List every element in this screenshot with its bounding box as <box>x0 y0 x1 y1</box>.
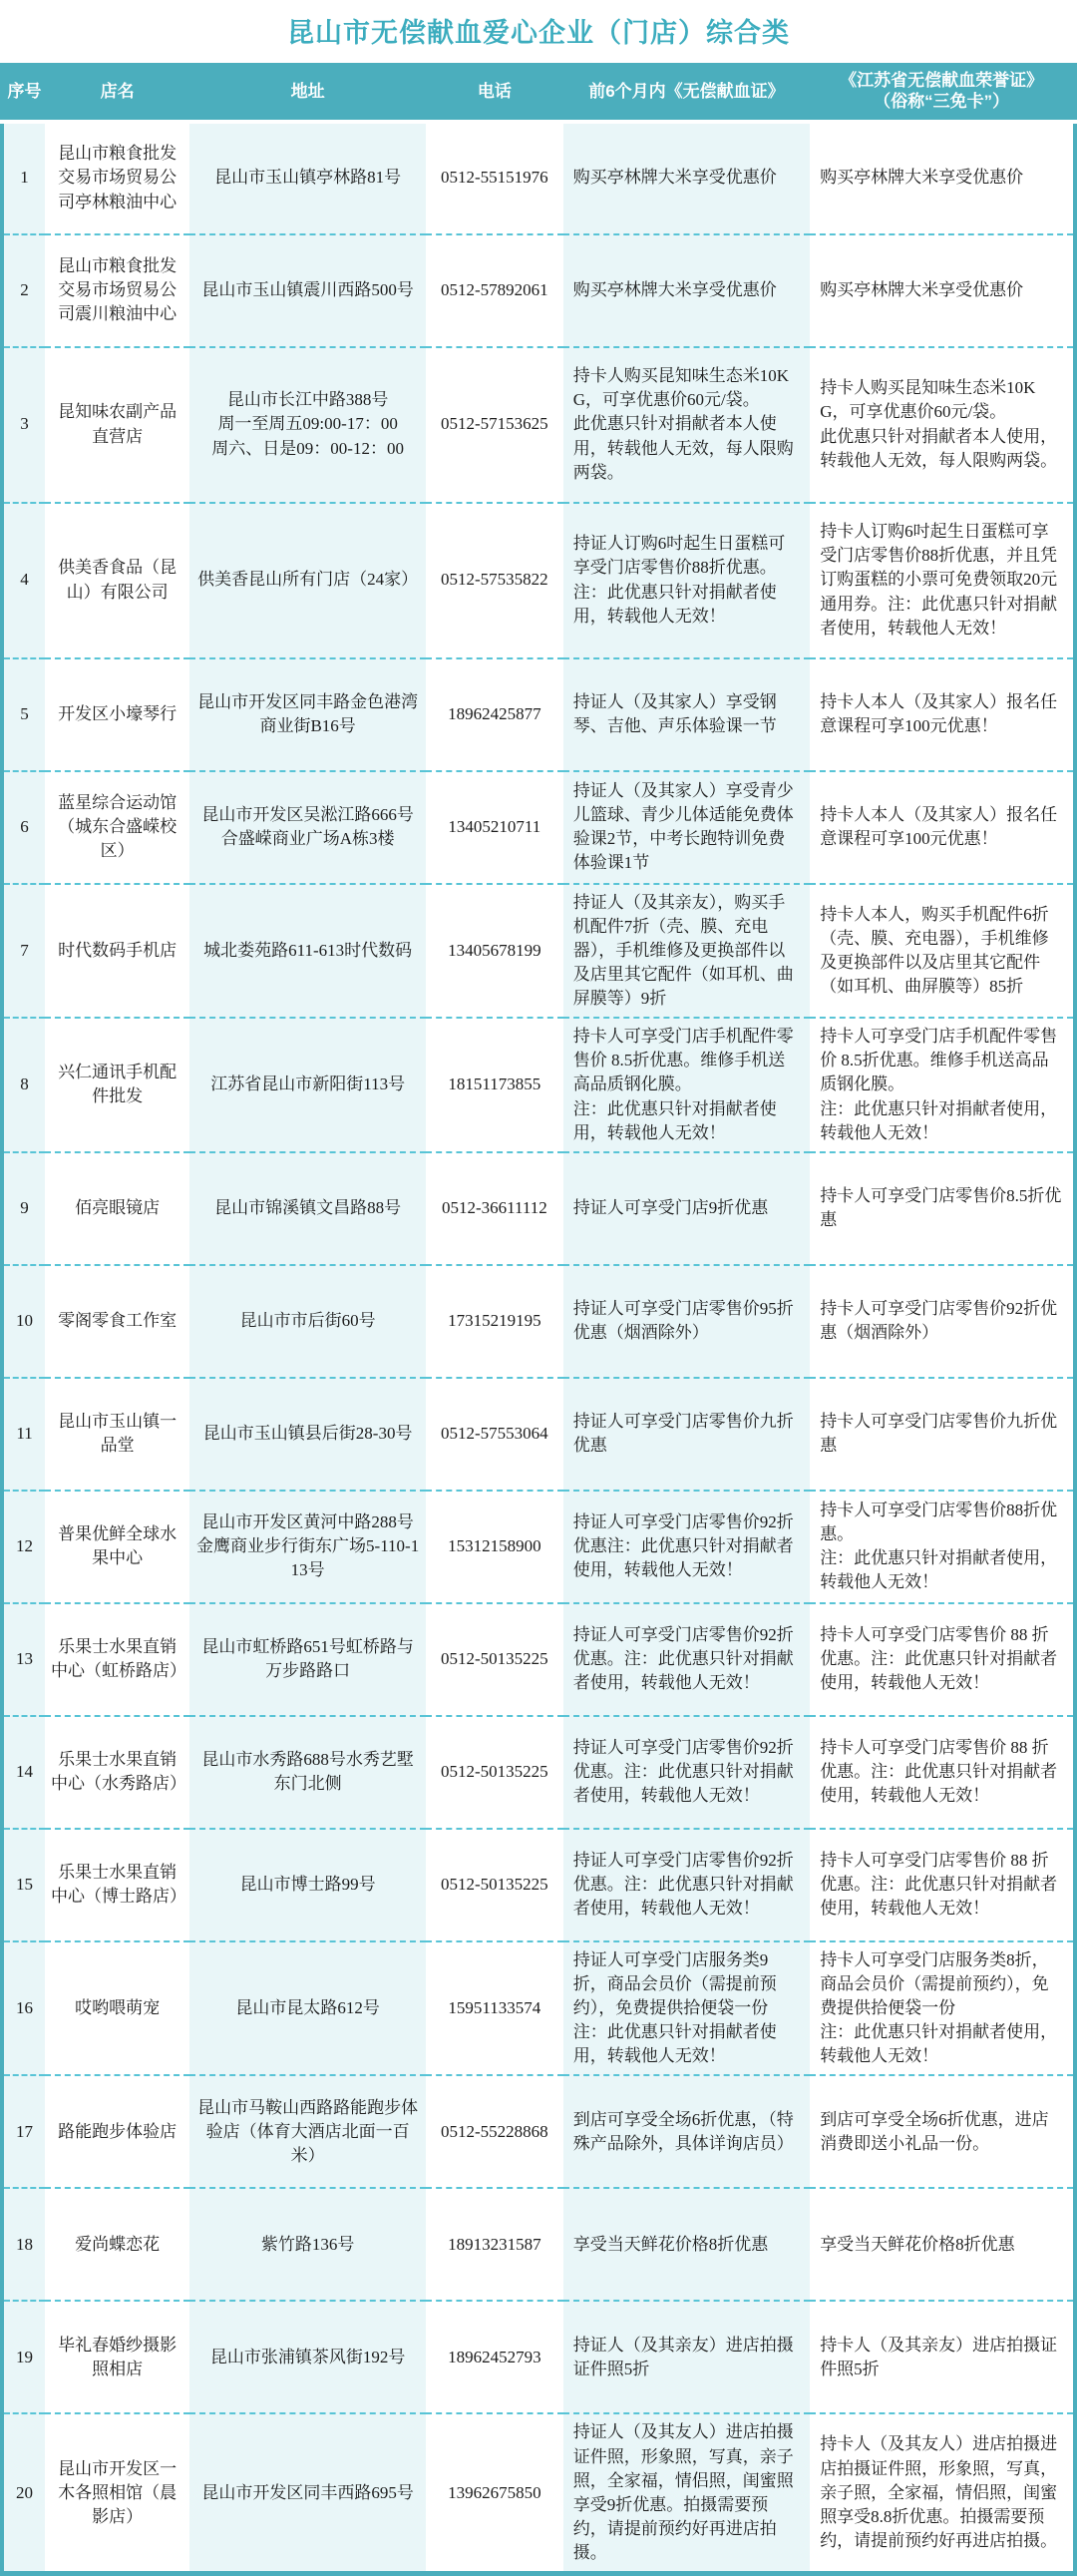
table-row: 8 兴仁通讯手机配件批发 江苏省昆山市新阳街113号 18151173855 持… <box>2 1018 1075 1152</box>
honor-cert-offer-cell: 持卡人可享受门店零售价 88 折优惠。注：此优惠只针对捐献者使用，转载他人无效！ <box>810 1716 1075 1829</box>
row-number-cell: 12 <box>2 1491 45 1603</box>
row-number-cell: 2 <box>2 234 45 347</box>
address-cell: 昆山市市后街60号 <box>189 1265 426 1378</box>
address-cell: 昆山市开发区吴淞江路666号合盛嵘商业广场A栋3楼 <box>189 771 426 884</box>
row-number-cell: 7 <box>2 884 45 1019</box>
table-row: 11 昆山市玉山镇一品堂 昆山市玉山镇县后街28-30号 0512-575530… <box>2 1378 1075 1491</box>
store-name-cell: 哎哟喂萌宠 <box>45 1941 189 2076</box>
store-name-cell: 爱尚蝶恋花 <box>45 2188 189 2301</box>
phone-cell: 13405678199 <box>426 884 563 1019</box>
store-name-cell: 零阁零食工作室 <box>45 1265 189 1378</box>
row-number-cell: 20 <box>2 2413 45 2573</box>
store-name-cell: 开发区小壕琴行 <box>45 658 189 771</box>
table-row: 13 乐果士水果直销中心（虹桥路店） 昆山市虹桥路651号虹桥路与万步路路口 0… <box>2 1603 1075 1716</box>
address-cell: 昆山市博士路99号 <box>189 1829 426 1941</box>
store-name-cell: 路能跑步体验店 <box>45 2075 189 2188</box>
row-number-cell: 16 <box>2 1941 45 2076</box>
store-name-cell: 昆山市玉山镇一品堂 <box>45 1378 189 1491</box>
row-number-cell: 10 <box>2 1265 45 1378</box>
address-cell: 昆山市玉山镇亭林路81号 <box>189 122 426 234</box>
address-cell: 昆山市玉山镇震川西路500号 <box>189 234 426 347</box>
row-number-cell: 3 <box>2 347 45 503</box>
honor-cert-offer-cell: 持卡人本人，购买手机配件6折（壳、膜、充电器），手机维修及更换部件以及店里其它配… <box>810 884 1075 1019</box>
header-row-number: 序号 <box>2 63 45 122</box>
donation-cert-offer-cell: 持证人可享受门店零售价92折优惠。注：此优惠只针对捐献者使用，转载他人无效！ <box>563 1829 810 1941</box>
donation-cert-offer-cell: 持证人可享受门店零售价九折优惠 <box>563 1378 810 1491</box>
store-name-cell: 毕礼春婚纱摄影照相店 <box>45 2301 189 2413</box>
phone-cell: 0512-57553064 <box>426 1378 563 1491</box>
row-number-cell: 11 <box>2 1378 45 1491</box>
header-address: 地址 <box>189 63 426 122</box>
table-row: 6 蓝星综合运动馆（城东合盛嵘校区） 昆山市开发区吴淞江路666号合盛嵘商业广场… <box>2 771 1075 884</box>
honor-cert-offer-cell: 购买亭林牌大米享受优惠价 <box>810 234 1075 347</box>
phone-cell: 0512-57153625 <box>426 347 563 503</box>
honor-cert-offer-cell: 持卡人可享受门店手机配件零售价 8.5折优惠。维修手机送高品质钢化膜。 注：此优… <box>810 1018 1075 1152</box>
honor-cert-offer-cell: 持卡人可享受门店零售价九折优惠 <box>810 1378 1075 1491</box>
row-number-cell: 5 <box>2 658 45 771</box>
store-name-cell: 昆山市开发区一木各照相馆（晨影店） <box>45 2413 189 2573</box>
address-cell: 昆山市开发区同丰路金色港湾商业街B16号 <box>189 658 426 771</box>
phone-cell: 15951133574 <box>426 1941 563 2076</box>
page: 昆山市无偿献血爱心企业（门店）综合类 序号 店名 地址 电话 前6个月内《无偿献… <box>0 0 1077 2576</box>
row-number-cell: 8 <box>2 1018 45 1152</box>
table-row: 16 哎哟喂萌宠 昆山市昆太路612号 15951133574 持证人可享受门店… <box>2 1941 1075 2076</box>
address-cell: 昆山市张浦镇茶风街192号 <box>189 2301 426 2413</box>
honor-cert-offer-cell: 持卡人可享受门店零售价92折优惠（烟酒除外） <box>810 1265 1075 1378</box>
honor-cert-offer-cell: 持卡人购买昆知味生态米10KG，可享优惠价60元/袋。 此优惠只针对捐献者本人使… <box>810 347 1075 503</box>
page-title: 昆山市无偿献血爱心企业（门店）综合类 <box>0 0 1077 63</box>
phone-cell: 0512-55151976 <box>426 122 563 234</box>
donation-cert-offer-cell: 享受当天鲜花价格8折优惠 <box>563 2188 810 2301</box>
donation-cert-offer-cell: 持证人订购6吋起生日蛋糕可享受门店零售价88折优惠。注：此优惠只针对捐献者使用，… <box>563 503 810 658</box>
store-name-cell: 兴仁通讯手机配件批发 <box>45 1018 189 1152</box>
address-cell: 昆山市昆太路612号 <box>189 1941 426 2076</box>
row-number-cell: 18 <box>2 2188 45 2301</box>
address-cell: 昆山市虹桥路651号虹桥路与万步路路口 <box>189 1603 426 1716</box>
address-cell: 昆山市长江中路388号 周一至周五09:00-17：00 周六、日是09：00-… <box>189 347 426 503</box>
table-row: 19 毕礼春婚纱摄影照相店 昆山市张浦镇茶风街192号 18962452793 … <box>2 2301 1075 2413</box>
table-row: 4 供美香食品（昆山）有限公司 供美香昆山所有门店（24家） 0512-5753… <box>2 503 1075 658</box>
phone-cell: 13962675850 <box>426 2413 563 2573</box>
row-number-cell: 9 <box>2 1152 45 1265</box>
row-number-cell: 19 <box>2 2301 45 2413</box>
store-name-cell: 昆知味农副产品直营店 <box>45 347 189 503</box>
header-donation-cert-offer: 前6个月内《无偿献血证》 <box>563 63 810 122</box>
table-row: 9 佰亮眼镜店 昆山市锦溪镇文昌路88号 0512-36611112 持证人可享… <box>2 1152 1075 1265</box>
table-row: 17 路能跑步体验店 昆山市马鞍山西路路能跑步体验店（体育大酒店北面一百米） 0… <box>2 2075 1075 2188</box>
table-row: 2 昆山市粮食批发交易市场贸易公司震川粮油中心 昆山市玉山镇震川西路500号 0… <box>2 234 1075 347</box>
address-cell: 昆山市开发区黄河中路288号金鹰商业步行街东广场5-110-113号 <box>189 1491 426 1603</box>
donation-cert-offer-cell: 持证人（及其亲友），购买手机配件7折（壳、膜、充电器），手机维修及更换部件以及店… <box>563 884 810 1019</box>
header-honor-cert-offer: 《江苏省无偿献血荣誉证》 （俗称“三免卡”） <box>810 63 1075 122</box>
address-cell: 江苏省昆山市新阳街113号 <box>189 1018 426 1152</box>
store-name-cell: 乐果士水果直销中心（博士路店） <box>45 1829 189 1941</box>
phone-cell: 17315219195 <box>426 1265 563 1378</box>
honor-cert-offer-cell: 持卡人可享受门店零售价8.5折优惠 <box>810 1152 1075 1265</box>
honor-cert-offer-cell: 到店可享受全场6折优惠，进店消费即送小礼品一份。 <box>810 2075 1075 2188</box>
store-name-cell: 昆山市粮食批发交易市场贸易公司震川粮油中心 <box>45 234 189 347</box>
donation-cert-offer-cell: 持证人（及其友人）进店拍摄证件照，形象照，写真，亲子照，全家福，情侣照，闺蜜照享… <box>563 2413 810 2573</box>
honor-cert-offer-cell: 持卡人本人（及其家人）报名任意课程可享100元优惠！ <box>810 771 1075 884</box>
store-name-cell: 乐果士水果直销中心（虹桥路店） <box>45 1603 189 1716</box>
table-row: 3 昆知味农副产品直营店 昆山市长江中路388号 周一至周五09:00-17：0… <box>2 347 1075 503</box>
phone-cell: 18151173855 <box>426 1018 563 1152</box>
donation-cert-offer-cell: 持卡人可享受门店手机配件零售价 8.5折优惠。维修手机送高品质钢化膜。 注：此优… <box>563 1018 810 1152</box>
phone-cell: 18962425877 <box>426 658 563 771</box>
address-cell: 昆山市开发区同丰西路695号 <box>189 2413 426 2573</box>
honor-cert-offer-cell: 持卡人可享受门店零售价 88 折优惠。注：此优惠只针对捐献者使用，转载他人无效！ <box>810 1603 1075 1716</box>
donation-cert-offer-cell: 持证人可享受门店零售价92折优惠。注：此优惠只针对捐献者使用，转载他人无效！ <box>563 1603 810 1716</box>
table-body: 1 昆山市粮食批发交易市场贸易公司亭林粮油中心 昆山市玉山镇亭林路81号 051… <box>2 122 1075 2574</box>
address-cell: 供美香昆山所有门店（24家） <box>189 503 426 658</box>
table-row: 10 零阁零食工作室 昆山市市后街60号 17315219195 持证人可享受门… <box>2 1265 1075 1378</box>
row-number-cell: 6 <box>2 771 45 884</box>
honor-cert-offer-cell: 持卡人本人（及其家人）报名任意课程可享100元优惠！ <box>810 658 1075 771</box>
row-number-cell: 14 <box>2 1716 45 1829</box>
honor-cert-offer-cell: 持卡人（及其亲友）进店拍摄证件照5折 <box>810 2301 1075 2413</box>
donation-cert-offer-cell: 持证人可享受门店零售价95折优惠（烟酒除外） <box>563 1265 810 1378</box>
row-number-cell: 4 <box>2 503 45 658</box>
donation-cert-offer-cell: 持证人可享受门店零售价92折优惠注：此优惠只针对捐献者使用，转载他人无效！ <box>563 1491 810 1603</box>
honor-cert-offer-cell: 持卡人订购6吋起生日蛋糕可享受门店零售价88折优惠，并且凭订购蛋糕的小票可免费领… <box>810 503 1075 658</box>
honor-cert-offer-cell: 持卡人可享受门店零售价88折优惠。 注：此优惠只针对捐献者使用，转载他人无效！ <box>810 1491 1075 1603</box>
header-store-name: 店名 <box>45 63 189 122</box>
donation-cert-offer-cell: 持卡人购买昆知味生态米10KG，可享优惠价60元/袋。 此优惠只针对捐献者本人使… <box>563 347 810 503</box>
honor-cert-offer-cell: 持卡人可享受门店服务类8折，商品会员价（需提前预约），免费提供拾便袋一份 注：此… <box>810 1941 1075 2076</box>
donation-cert-offer-cell: 持证人（及其家人）享受青少儿篮球、青少儿体适能免费体验课2节，中考长跑特训免费体… <box>563 771 810 884</box>
table-row: 14 乐果士水果直销中心（水秀路店） 昆山市水秀路688号水秀艺墅东门北侧 05… <box>2 1716 1075 1829</box>
address-cell: 城北娄苑路611-613时代数码 <box>189 884 426 1019</box>
address-cell: 紫竹路136号 <box>189 2188 426 2301</box>
table-row: 7 时代数码手机店 城北娄苑路611-613时代数码 13405678199 持… <box>2 884 1075 1019</box>
donation-cert-offer-cell: 购买亭林牌大米享受优惠价 <box>563 234 810 347</box>
header-phone: 电话 <box>426 63 563 122</box>
donation-cert-offer-cell: 持证人（及其家人）享受钢琴、吉他、声乐体验课一节 <box>563 658 810 771</box>
donation-cert-offer-cell: 持证人（及其亲友）进店拍摄证件照5折 <box>563 2301 810 2413</box>
address-cell: 昆山市水秀路688号水秀艺墅东门北侧 <box>189 1716 426 1829</box>
donation-cert-offer-cell: 持证人可享受门店服务类9折，商品会员价（需提前预约），免费提供拾便袋一份 注：此… <box>563 1941 810 2076</box>
phone-cell: 0512-36611112 <box>426 1152 563 1265</box>
address-cell: 昆山市锦溪镇文昌路88号 <box>189 1152 426 1265</box>
store-name-cell: 蓝星综合运动馆（城东合盛嵘校区） <box>45 771 189 884</box>
row-number-cell: 1 <box>2 122 45 234</box>
benefits-table: 序号 店名 地址 电话 前6个月内《无偿献血证》 《江苏省无偿献血荣誉证》 （俗… <box>0 63 1077 2576</box>
table-row: 18 爱尚蝶恋花 紫竹路136号 18913231587 享受当天鲜花价格8折优… <box>2 2188 1075 2301</box>
table-row: 1 昆山市粮食批发交易市场贸易公司亭林粮油中心 昆山市玉山镇亭林路81号 051… <box>2 122 1075 234</box>
phone-cell: 0512-50135225 <box>426 1603 563 1716</box>
address-cell: 昆山市玉山镇县后街28-30号 <box>189 1378 426 1491</box>
row-number-cell: 15 <box>2 1829 45 1941</box>
store-name-cell: 供美香食品（昆山）有限公司 <box>45 503 189 658</box>
phone-cell: 0512-55228868 <box>426 2075 563 2188</box>
table-row: 5 开发区小壕琴行 昆山市开发区同丰路金色港湾商业街B16号 189624258… <box>2 658 1075 771</box>
phone-cell: 18913231587 <box>426 2188 563 2301</box>
phone-cell: 0512-57535822 <box>426 503 563 658</box>
honor-cert-offer-cell: 持卡人（及其友人）进店拍摄进店拍摄证件照，形象照，写真，亲子照，全家福，情侣照，… <box>810 2413 1075 2573</box>
honor-cert-offer-cell: 持卡人可享受门店零售价 88 折优惠。注：此优惠只针对捐献者使用，转载他人无效！ <box>810 1829 1075 1941</box>
address-cell: 昆山市马鞍山西路路能跑步体验店（体育大酒店北面一百米） <box>189 2075 426 2188</box>
table-row: 12 普果优鲜全球水果中心 昆山市开发区黄河中路288号金鹰商业步行街东广场5-… <box>2 1491 1075 1603</box>
store-name-cell: 佰亮眼镜店 <box>45 1152 189 1265</box>
phone-cell: 13405210711 <box>426 771 563 884</box>
phone-cell: 18962452793 <box>426 2301 563 2413</box>
row-number-cell: 17 <box>2 2075 45 2188</box>
store-name-cell: 普果优鲜全球水果中心 <box>45 1491 189 1603</box>
donation-cert-offer-cell: 持证人可享受门店9折优惠 <box>563 1152 810 1265</box>
phone-cell: 0512-50135225 <box>426 1829 563 1941</box>
phone-cell: 0512-57892061 <box>426 234 563 347</box>
phone-cell: 0512-50135225 <box>426 1716 563 1829</box>
donation-cert-offer-cell: 持证人可享受门店零售价92折优惠。注：此优惠只针对捐献者使用，转载他人无效！ <box>563 1716 810 1829</box>
store-name-cell: 昆山市粮食批发交易市场贸易公司亭林粮油中心 <box>45 122 189 234</box>
row-number-cell: 13 <box>2 1603 45 1716</box>
phone-cell: 15312158900 <box>426 1491 563 1603</box>
table-header: 序号 店名 地址 电话 前6个月内《无偿献血证》 《江苏省无偿献血荣誉证》 （俗… <box>2 63 1075 122</box>
honor-cert-offer-cell: 享受当天鲜花价格8折优惠 <box>810 2188 1075 2301</box>
donation-cert-offer-cell: 购买亭林牌大米享受优惠价 <box>563 122 810 234</box>
donation-cert-offer-cell: 到店可享受全场6折优惠，（特殊产品除外，具体详询店员） <box>563 2075 810 2188</box>
table-row: 20 昆山市开发区一木各照相馆（晨影店） 昆山市开发区同丰西路695号 1396… <box>2 2413 1075 2573</box>
store-name-cell: 乐果士水果直销中心（水秀路店） <box>45 1716 189 1829</box>
store-name-cell: 时代数码手机店 <box>45 884 189 1019</box>
table-row: 15 乐果士水果直销中心（博士路店） 昆山市博士路99号 0512-501352… <box>2 1829 1075 1941</box>
honor-cert-offer-cell: 购买亭林牌大米享受优惠价 <box>810 122 1075 234</box>
